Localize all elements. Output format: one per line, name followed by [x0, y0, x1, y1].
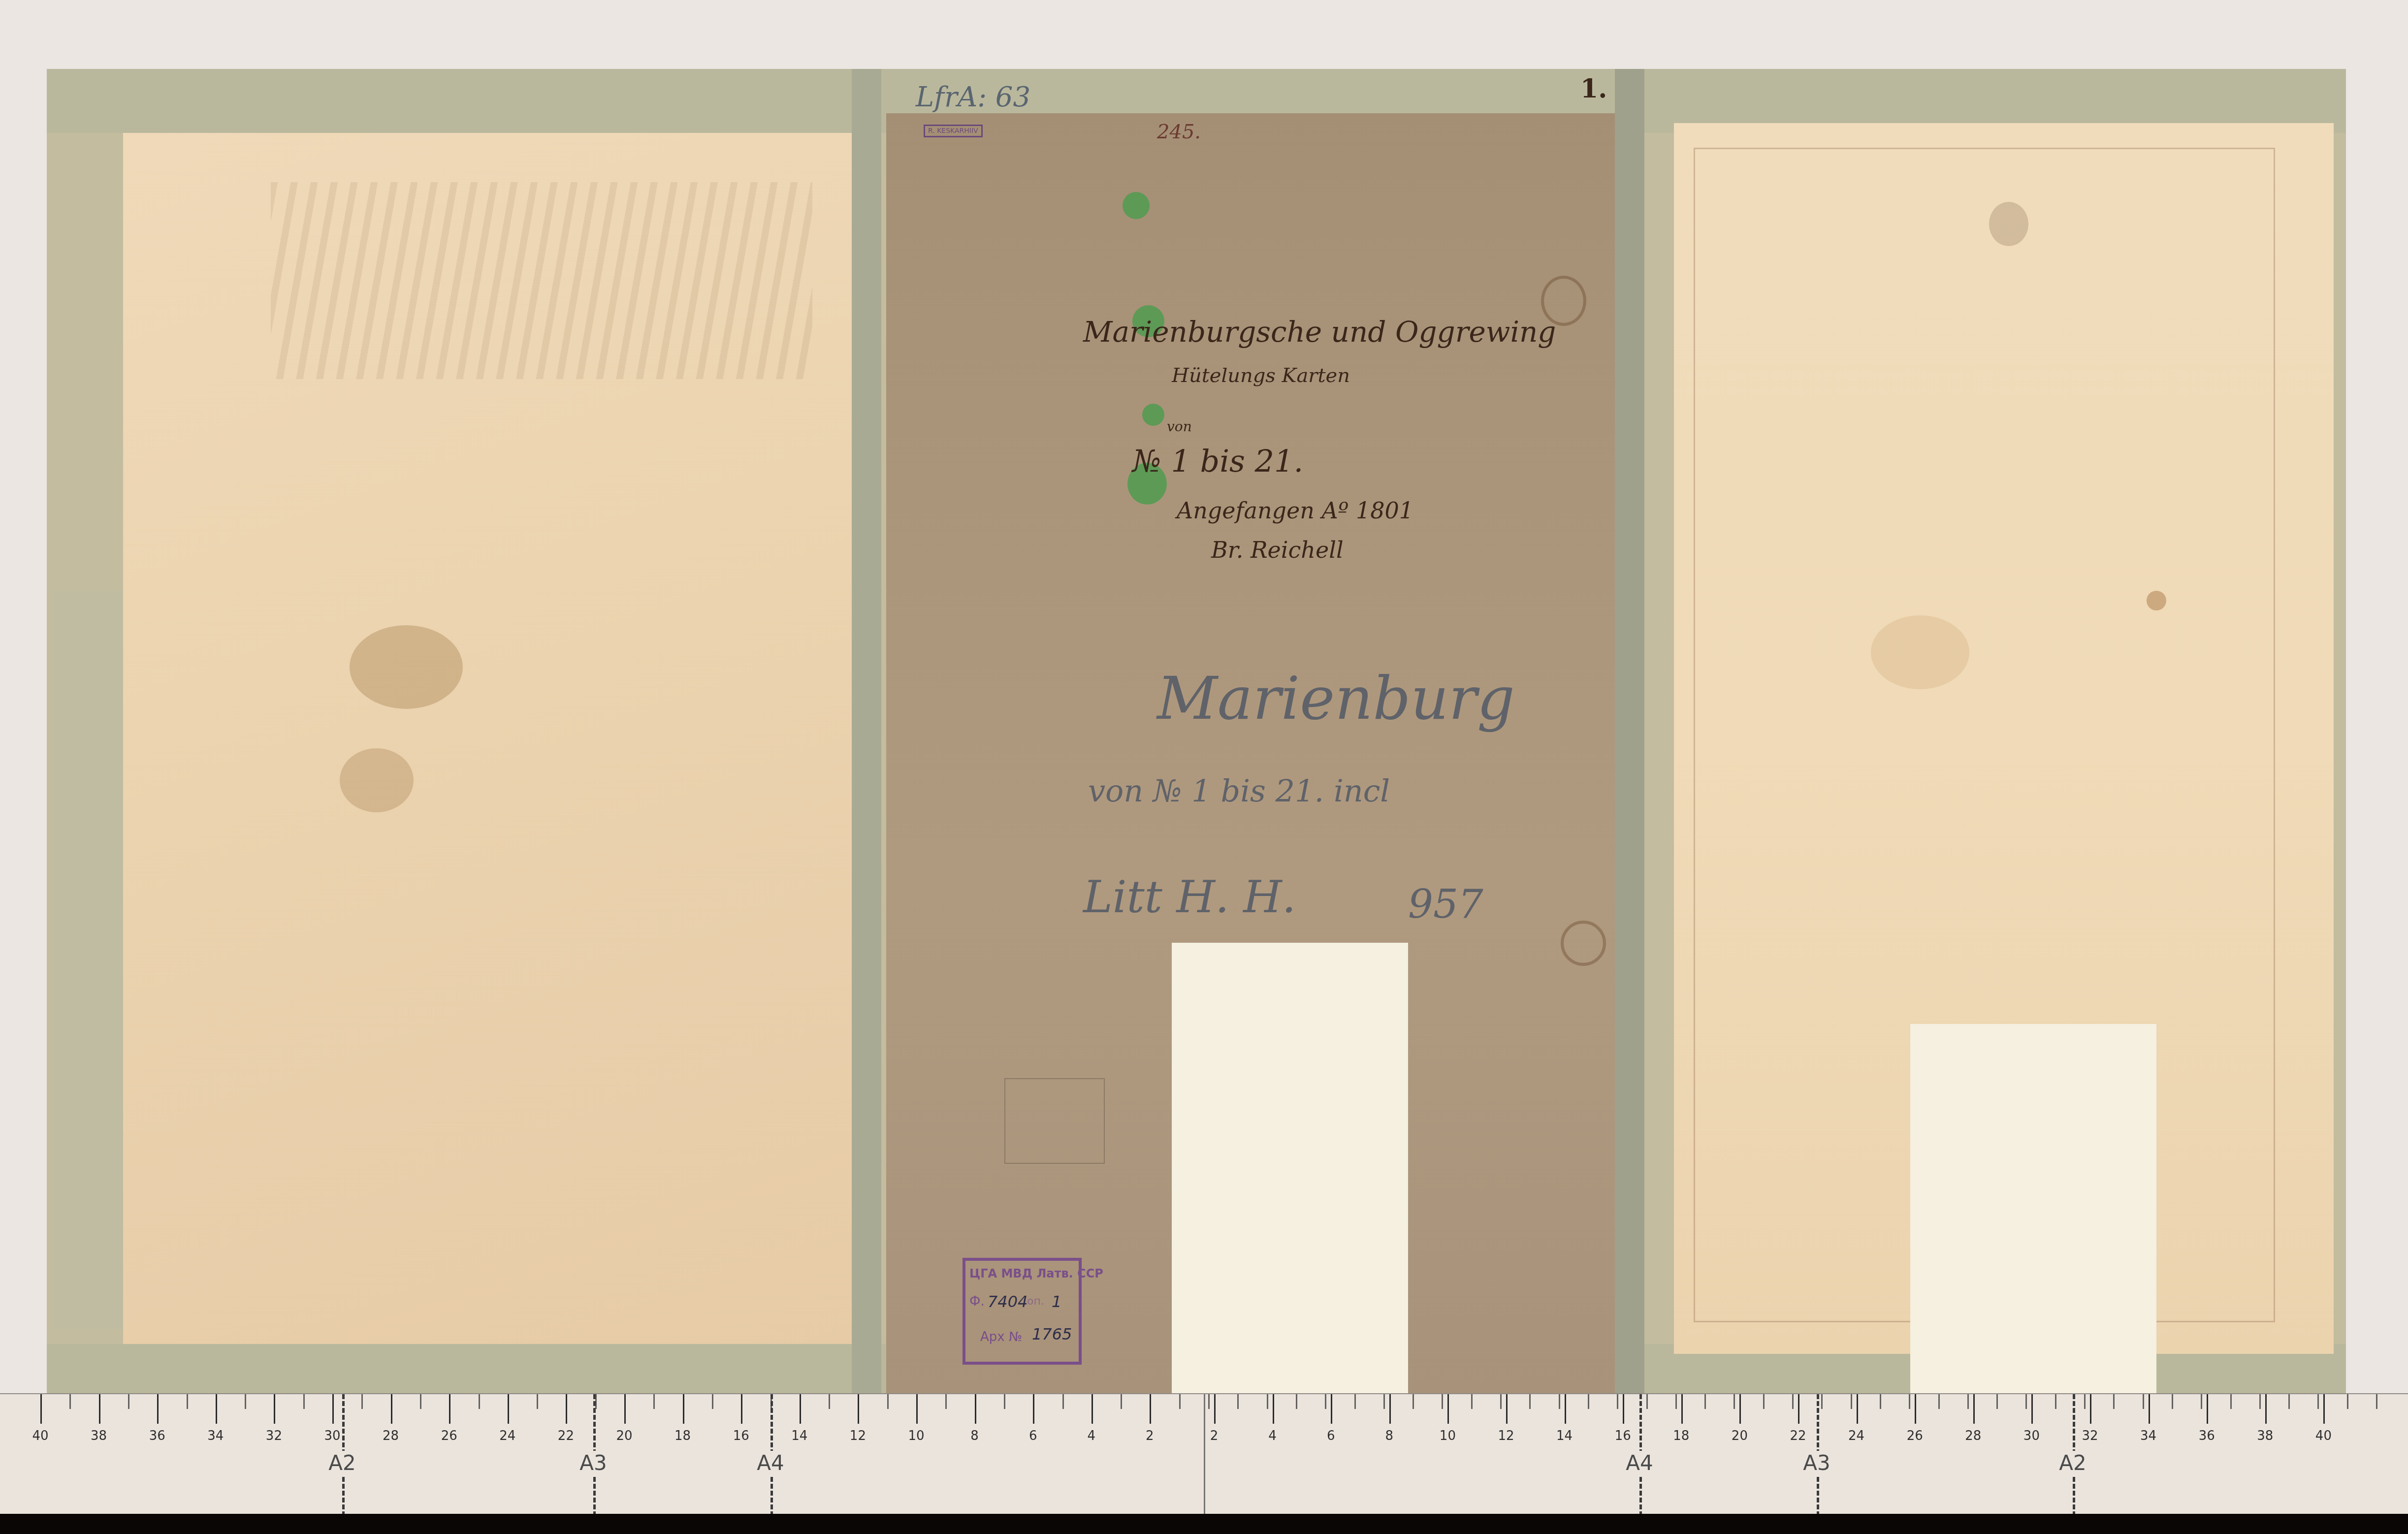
ruler-number-left: 38	[91, 1429, 107, 1443]
ruler-minor-tick	[303, 1394, 305, 1409]
ruler-tick	[1915, 1394, 1916, 1424]
ruler-minor-tick	[187, 1394, 188, 1409]
ruler-minor-tick	[2317, 1394, 2319, 1409]
ruler-number-left: 24	[499, 1429, 515, 1443]
ruler-format-marker: A2	[2059, 1451, 2086, 1475]
ruler-number-left: 36	[149, 1429, 165, 1443]
ruler-minor-tick	[741, 1394, 742, 1409]
ruler-minor-tick	[1442, 1394, 1443, 1409]
shelfmark-label: LfrA: 63	[916, 81, 1030, 113]
folio-number: 245.	[1157, 121, 1201, 143]
ruler-minor-tick	[566, 1394, 567, 1409]
ruler-minor-tick	[2084, 1394, 2086, 1409]
ruler-tick	[1681, 1394, 1683, 1424]
ruler-tick	[1973, 1394, 1975, 1424]
scanner-bottom-edge	[0, 1514, 2408, 1534]
ruler-minor-tick	[1208, 1394, 1210, 1409]
ruler-number-right: 28	[1965, 1429, 1981, 1443]
paper-patch	[1004, 1078, 1105, 1164]
ruler-minor-tick	[1880, 1394, 1881, 1409]
stamp-archive-label: Арх №	[980, 1330, 1022, 1344]
ruler-minor-tick	[537, 1394, 538, 1409]
ruler-minor-tick	[1383, 1394, 1385, 1409]
ruler-format-marker: A3	[1803, 1451, 1830, 1475]
ruler-tick	[1623, 1394, 1624, 1424]
ruler-number-right: 26	[1907, 1429, 1923, 1443]
title-line-2: Hütelungs Karten	[1172, 364, 1350, 387]
ruler-minor-tick	[274, 1394, 275, 1409]
ruler-number-left: 34	[207, 1429, 224, 1443]
ruler-number-left: 26	[441, 1429, 457, 1443]
ruler-number-right: 16	[1615, 1429, 1631, 1443]
ruler-minor-tick	[1092, 1394, 1093, 1409]
ruler-minor-tick	[128, 1394, 129, 1409]
ruler-minor-tick	[1062, 1394, 1064, 1409]
keskarhiiv-stamp: R. KESKARHIIV	[924, 125, 983, 137]
ruler-number-left: 16	[733, 1429, 749, 1443]
ruler-number-left: 8	[970, 1429, 979, 1443]
ruler-number-right: 14	[1556, 1429, 1573, 1443]
ruler-minor-tick	[683, 1394, 684, 1409]
ruler-minor-tick	[332, 1394, 334, 1409]
pencil-title-marienburg: Marienburg	[1157, 665, 1515, 733]
ruler-minor-tick	[945, 1394, 947, 1409]
ruler-minor-tick	[2113, 1394, 2115, 1409]
ruler-center-line	[1204, 1394, 1205, 1515]
ruler-tick	[2090, 1394, 2091, 1424]
ruler-minor-tick	[1150, 1394, 1151, 1409]
ruler-minor-tick	[1617, 1394, 1618, 1409]
ruler-minor-tick	[508, 1394, 509, 1409]
ruler-minor-tick	[624, 1394, 626, 1409]
ruler-minor-tick	[361, 1394, 363, 1409]
pencil-range: von № 1 bis 21. incl	[1088, 773, 1390, 809]
ruler-tick	[1214, 1394, 1216, 1424]
ring-stain	[1561, 921, 1606, 966]
ruler-number-right: 4	[1268, 1429, 1277, 1443]
ruler-tick	[2323, 1394, 2325, 1424]
ruler-minor-tick	[1179, 1394, 1181, 1409]
ruler-minor-tick	[1646, 1394, 1648, 1409]
ruler-minor-tick	[391, 1394, 392, 1409]
ruler-minor-tick	[1529, 1394, 1531, 1409]
ruler-tick	[1506, 1394, 1508, 1424]
ruler-minor-tick	[2055, 1394, 2056, 1409]
ruler-number-left: 40	[32, 1429, 48, 1443]
ruler-minor-tick	[1734, 1394, 1735, 1409]
ruler-minor-tick	[1267, 1394, 1268, 1409]
stamp-fond-label: Ф.	[969, 1294, 985, 1309]
ruler-format-marker: A3	[579, 1451, 607, 1475]
ruler-number-right: 34	[2140, 1429, 2156, 1443]
left-panel	[123, 133, 857, 1344]
blank-paper-label	[1172, 943, 1408, 1396]
ruler-minor-tick	[2230, 1394, 2232, 1409]
ruler-number-left: 14	[791, 1429, 807, 1443]
page-number: 1.	[1580, 74, 1607, 104]
ruler-minor-tick	[858, 1394, 859, 1409]
ruler-number-left: 22	[558, 1429, 574, 1443]
ruler-minor-tick	[1588, 1394, 1589, 1409]
ruler-minor-tick	[2347, 1394, 2348, 1409]
ruler-tick	[1798, 1394, 1799, 1424]
ruler-number-right: 24	[1848, 1429, 1864, 1443]
ruler-minor-tick	[800, 1394, 801, 1409]
ruler-minor-tick	[1938, 1394, 1940, 1409]
title-line-4: № 1 bis 21.	[1132, 443, 1303, 479]
ruler-minor-tick	[1413, 1394, 1414, 1409]
ruler-minor-tick	[479, 1394, 480, 1409]
ruler-minor-tick	[1763, 1394, 1765, 1409]
stamp-opis-value: 1	[1052, 1292, 1061, 1311]
right-gutter-tape	[1615, 69, 1644, 1398]
ruler-number-right: 38	[2257, 1429, 2273, 1443]
ruler-tick	[1739, 1394, 1741, 1424]
ruler-minor-tick	[2259, 1394, 2261, 1409]
ruler-number-left: 32	[266, 1429, 282, 1443]
ruler-tick	[2265, 1394, 2267, 1424]
ruler-number-right: 10	[1440, 1429, 1456, 1443]
blank-paper-label	[1910, 1024, 2156, 1398]
ruler-minor-tick	[1296, 1394, 1297, 1409]
ruler-minor-tick	[1004, 1394, 1005, 1409]
ruler-minor-tick	[916, 1394, 918, 1409]
ruler-number-left: 6	[1029, 1429, 1037, 1443]
pencil-number: 957	[1408, 881, 1483, 927]
ruler-number-right: 36	[2199, 1429, 2215, 1443]
ruler-tick	[1447, 1394, 1449, 1424]
ruler-minor-tick	[829, 1394, 830, 1409]
stamp-archive-value: 1765	[1032, 1325, 1072, 1343]
ruler-minor-tick	[1471, 1394, 1473, 1409]
ruler-number-right: 2	[1210, 1429, 1219, 1443]
ruler-number-right: 18	[1673, 1429, 1689, 1443]
ruler-number-left: 2	[1146, 1429, 1154, 1443]
ruler-minor-tick	[1909, 1394, 1910, 1409]
ruler-minor-tick	[1500, 1394, 1502, 1409]
ruler-number-right: 32	[2082, 1429, 2098, 1443]
ruler-minor-tick	[2201, 1394, 2202, 1409]
ruler-format-marker: A4	[757, 1451, 784, 1475]
ruler-minor-tick	[2172, 1394, 2173, 1409]
ruler-tick	[2207, 1394, 2208, 1424]
green-ink-splatter	[1123, 192, 1150, 219]
left-gutter-tape	[852, 69, 881, 1398]
ruler-minor-tick	[1559, 1394, 1560, 1409]
ruler-tick	[1565, 1394, 1566, 1424]
ruler-number-left: 4	[1088, 1429, 1096, 1443]
water-stain	[350, 625, 463, 709]
ruler-minor-tick	[1704, 1394, 1706, 1409]
ruler-minor-tick	[245, 1394, 246, 1409]
ruler-minor-tick	[1033, 1394, 1034, 1409]
pencil-litt: Litt H. H.	[1083, 871, 1296, 923]
ruler-minor-tick	[712, 1394, 713, 1409]
measurement-ruler: 4038363432302826242220181614121086422468…	[0, 1393, 2408, 1515]
ruler-minor-tick	[449, 1394, 450, 1409]
ruler-minor-tick	[420, 1394, 421, 1409]
ruler-tick	[2031, 1394, 2033, 1424]
title-line-5: Angefangen Aº 1801	[1177, 497, 1413, 524]
ruler-minor-tick	[2143, 1394, 2144, 1409]
ruler-minor-tick	[1821, 1394, 1823, 1409]
ruler-number-left: 18	[674, 1429, 691, 1443]
ruler-number-left: 20	[616, 1429, 632, 1443]
ruler-number-right: 30	[2023, 1429, 2040, 1443]
ruler-minor-tick	[1675, 1394, 1677, 1409]
ruler-minor-tick	[1792, 1394, 1794, 1409]
ruler-minor-tick	[1121, 1394, 1122, 1409]
ruler-number-left: 10	[908, 1429, 924, 1443]
ruler-format-marker: A4	[1626, 1451, 1653, 1475]
ruler-minor-tick	[1851, 1394, 1852, 1409]
ruler-minor-tick	[1325, 1394, 1326, 1409]
water-stain	[340, 748, 414, 812]
ruler-tick	[2149, 1394, 2150, 1424]
ruler-minor-tick	[69, 1394, 71, 1409]
ruler-minor-tick	[2025, 1394, 2027, 1409]
bleed-through-writing	[271, 182, 812, 379]
ruler-minor-tick	[1354, 1394, 1356, 1409]
ruler-tick	[1331, 1394, 1332, 1424]
title-line-6: Br. Reichell	[1211, 537, 1344, 563]
green-ink-splatter	[1142, 404, 1164, 426]
ruler-minor-tick	[1237, 1394, 1239, 1409]
ruler-minor-tick	[2376, 1394, 2377, 1409]
stamp-opis-label: оп.	[1027, 1295, 1044, 1308]
ruler-minor-tick	[1996, 1394, 1998, 1409]
ruler-number-right: 22	[1790, 1429, 1806, 1443]
title-line-3: von	[1167, 418, 1192, 435]
ruler-minor-tick	[2288, 1394, 2290, 1409]
ruler-number-right: 20	[1732, 1429, 1748, 1443]
stamp-fond-value: 7404	[988, 1292, 1027, 1311]
ruler-number-right: 6	[1327, 1429, 1335, 1443]
ruler-number-right: 12	[1498, 1429, 1514, 1443]
ruler-tick	[1857, 1394, 1858, 1424]
ruler-minor-tick	[975, 1394, 976, 1409]
ruler-minor-tick	[653, 1394, 655, 1409]
soviet-archive-stamp: ЦГА МВД Латв. ССР Ф. 7404 оп. 1 Арх № 17…	[963, 1258, 1082, 1365]
ruler-minor-tick	[887, 1394, 889, 1409]
ruler-number-right: 8	[1385, 1429, 1394, 1443]
ruler-minor-tick	[99, 1394, 100, 1409]
ruler-number-left: 12	[850, 1429, 866, 1443]
stamp-archive-name: ЦГА МВД Латв. ССР	[969, 1267, 1103, 1280]
title-line-1: Marienburgsche und Oggrewing	[1083, 315, 1556, 349]
ruler-tick	[1389, 1394, 1391, 1424]
ruler-number-right: 40	[2315, 1429, 2332, 1443]
ruler-minor-tick	[1967, 1394, 1969, 1409]
ruler-minor-tick	[216, 1394, 217, 1409]
ruler-minor-tick	[40, 1394, 42, 1409]
ruler-number-left: 30	[324, 1429, 340, 1443]
ruler-minor-tick	[157, 1394, 159, 1409]
ruler-format-marker: A2	[328, 1451, 355, 1475]
ruler-tick	[1273, 1394, 1274, 1424]
ruler-number-left: 28	[383, 1429, 399, 1443]
